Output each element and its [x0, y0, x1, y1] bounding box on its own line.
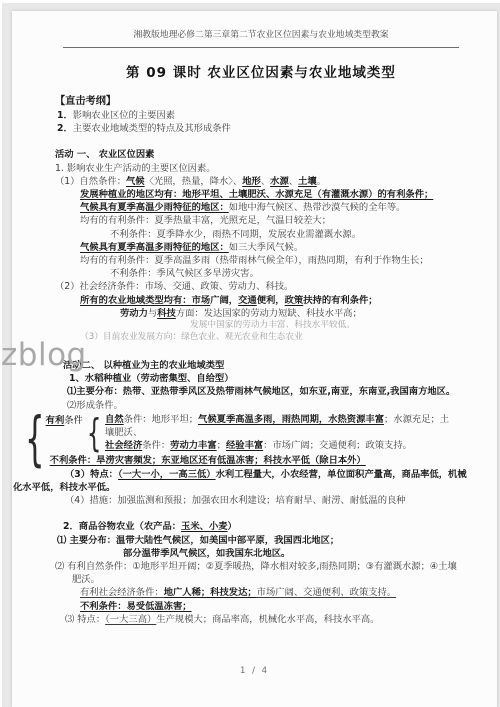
- doc-line: 发展中国家的劳动力丰富、科技水平较低。: [190, 320, 467, 332]
- doc-line: （4）措施：加强监测和预报；加强农田水利建设；培育耐旱、耐涝、耐低温的良种: [65, 494, 467, 507]
- text-segment: ）: [228, 521, 237, 532]
- text-segment: 不利条件：易受低温冻害；: [80, 601, 192, 612]
- text-segment: 均有的有利条件：夏季热量丰富，光照充足，气温日较差大；: [80, 215, 331, 226]
- text-segment: 广阔，: [210, 295, 238, 306]
- text-segment: （3）目前农业发展方向：绿色农业、观光农业和生态农业: [80, 332, 303, 342]
- text-segment: （4）措施：加强监测和预报；加强农田水利建设；培育耐旱、耐涝、耐低温的良种: [65, 495, 406, 506]
- doc-line: 劳动力与科技方面：发达国家的劳动力短缺、科技水平高；: [120, 307, 467, 320]
- text-segment: 社会经济: [105, 440, 142, 451]
- doc-line: 2．商品谷物农业（农产品：玉米、小麦）: [63, 520, 467, 533]
- text-segment: 便利，: [257, 295, 285, 306]
- text-segment: 【直击考纲】: [55, 96, 116, 107]
- text-segment: 温带大陆性气候区，如美国中部平原，我国西北地区；: [116, 535, 339, 546]
- text-segment: 政策: [285, 295, 304, 306]
- text-segment: ⑶ 特点：: [65, 614, 105, 625]
- doc-line: （3）特点：（一大一小，一高三低）水利工程量大，小农经营，单位面积产量高，商品率…: [13, 468, 467, 494]
- text-segment: （1）自然条件：: [55, 176, 126, 187]
- text-segment: 如地中海气候区、热带沙漠气候的全年等。: [229, 202, 406, 213]
- page-number: 1 / 4: [12, 666, 497, 676]
- text-segment: 如三大季风气候。: [229, 242, 303, 253]
- text-segment: 发展中国家的劳动力丰富、科技水平较低。: [190, 320, 355, 330]
- doc-line: 不利条件：季风气候区多旱涝灾害。: [110, 267, 467, 280]
- text-segment: 〈光照，热量，降水〉、: [145, 176, 243, 187]
- text-segment: 活动 一、 农业区位因素: [55, 149, 154, 160]
- text-segment: 、: [289, 176, 298, 187]
- text-segment: （3）特点：: [65, 469, 118, 480]
- brace-content: 有利条件{自然条件：地形平坦；气候夏季高温多雨，雨热同期，水热资源丰富；水源充足…: [46, 413, 467, 467]
- text-segment: （2）社会经济条件：市场、交通、政策、劳动力、科技。: [55, 281, 293, 292]
- text-segment: 条件：: [142, 440, 170, 451]
- text-segment: （一大一小，一高三低）: [118, 469, 216, 480]
- text-segment: ⑴ 主要分布：: [57, 535, 116, 546]
- text-segment: 、: [261, 176, 270, 187]
- text-segment: 有利社会经济条件：: [80, 587, 164, 598]
- text-segment: 市场: [192, 295, 211, 306]
- doc-line: 【直击考纲】: [55, 95, 467, 109]
- page-title: 第 09 课时 农业区位因素与农业地域类型: [55, 65, 467, 82]
- text-segment: 热带、亚热带季风区及热带雨林气候地区，如东亚,南亚，东南亚,我国南方地区。: [123, 386, 455, 397]
- text-segment: 经验丰富: [226, 440, 263, 451]
- text-segment: 气候: [126, 176, 145, 187]
- doc-line: ⑴ 主要分布：温带大陆性气候区，如美国中部平原，我国西北地区；: [57, 534, 467, 547]
- text-segment: 1、水稻种植业（劳动密集型、自给型）: [69, 373, 234, 384]
- text-segment: 旱涝灾害频发；东亚地区还有低温冻害；科技水平低（除日本外）: [96, 455, 366, 466]
- doc-line: 1. 影响农业生产活动的主要区位因素。: [55, 162, 467, 175]
- doc-line: 有利社会经济条件：地广人稀；科技发达；市场广阔、交通便利、政策支持。: [80, 586, 467, 599]
- doc-line: （3）目前农业发展方向：绿色农业、观光农业和生态农业: [80, 332, 467, 344]
- inner-condition-lines: 自然条件：地形平坦；气候夏季高温多雨，雨热同期，水热资源丰富；水源充足；土壤肥沃…: [105, 413, 457, 453]
- doc-line: （2）社会经济条件：市场、交通、政策、劳动力、科技。: [55, 280, 467, 293]
- text-segment: 方面：发达国家的劳动力短缺、科技水平高；: [176, 308, 362, 319]
- favorable-conditions-row: 有利条件{自然条件：地形平坦；气候夏季高温多雨，雨热同期，水热资源丰富；水源充足…: [46, 413, 467, 453]
- text-segment: 气候具有夏季高温少雨特征的地区：: [80, 202, 229, 213]
- text-segment: 影响农业区位的主要因素: [73, 110, 175, 121]
- text-segment: 。: [317, 176, 326, 187]
- text-segment: 地形: [242, 176, 261, 187]
- text-segment: ；: [217, 440, 226, 451]
- doc-line: 1．影响农业区位的主要因素: [57, 109, 467, 122]
- text-segment: 2．商品谷物农业（农产品：: [63, 521, 181, 532]
- doc-line: 发展种植业的地区均有：地形平坦、土壤肥沃、水源充足（有灌溉水源）的有利条件；: [80, 188, 467, 201]
- text-segment: 劳动力丰富: [170, 440, 217, 451]
- text-segment: 地广人稀；科技发达；: [164, 587, 257, 598]
- text-segment: 与: [148, 308, 157, 319]
- doc-line: 均有的有利条件：夏季热量丰富，光照充足，气温日较差大；: [80, 214, 467, 227]
- text-segment: ⑵ 有利自然条件：①地形平坦开阔；②夏季暖热，降水相对较多,雨热同期；③有灌溉水…: [55, 561, 457, 585]
- text-segment: 条件: [64, 415, 83, 426]
- text-segment: 交通: [238, 295, 257, 306]
- doc-line: 不利条件：易受低温冻害；: [80, 600, 467, 613]
- text-segment: 活动二、 以种植业为主的农业地域类型: [63, 360, 224, 371]
- text-segment: 科技: [157, 308, 176, 319]
- doc-line: ⑴主要分布：热带、亚热带季风区及热带雨林气候地区，如东亚,南亚，东南亚,我国南方…: [67, 385, 467, 398]
- text-segment: （一大三高）: [105, 614, 156, 625]
- text-segment: 市场广阔、交通便利、政策支持。: [257, 587, 396, 598]
- text-segment: ：市场广阔；交通便利；政策支持。: [263, 440, 412, 451]
- doc-line: 部分温带季风气候区，如我国东北地区。: [123, 547, 467, 560]
- text-segment: 所有的农业地域类型均有：: [80, 295, 192, 306]
- document-body: 【直击考纲】1．影响农业区位的主要因素2．主要农业地域类型的特点及其形成条件活动…: [55, 95, 467, 626]
- doc-line: ⑵ 有利自然条件：①地形平坦开阔；②夏季暖热，降水相对较多,雨热同期；③有灌溉水…: [72, 560, 457, 586]
- text-segment: 有利: [46, 415, 65, 426]
- zblog-watermark: zblog: [1, 336, 87, 374]
- conditions-brace-block: {有利条件{自然条件：地形平坦；气候夏季高温多雨，雨热同期，水热资源丰富；水源充…: [17, 412, 467, 468]
- document-header-title: 湘教版地理必修二第三章第二节农业区位因素与农业地域类型教案: [63, 27, 459, 48]
- text-segment: 1. 影响农业生产活动的主要区位因素。: [55, 163, 216, 174]
- doc-line: 社会经济条件：劳动力丰富；经验丰富：市场广阔；交通便利；政策支持。: [105, 439, 457, 452]
- text-segment: 水源: [270, 176, 289, 187]
- text-segment: 2．: [57, 123, 73, 134]
- doc-line: 自然条件：地形平坦；气候夏季高温多雨，雨热同期，水热资源丰富；水源充足；土壤肥沃…: [105, 413, 457, 439]
- text-segment: 气候具有夏季高温多雨特征的地区：: [80, 242, 229, 253]
- text-segment: 玉米、小麦: [181, 521, 228, 532]
- text-segment: 部分温带季风气候区，如我国东北地区。: [123, 548, 290, 559]
- favorable-label: 有利条件: [46, 413, 83, 427]
- doc-line: 气候具有夏季高温多雨特征的地区：如三大季风气候。: [80, 241, 467, 254]
- doc-line: ⑵形成条件。: [67, 399, 467, 412]
- doc-line: 气候具有夏季高温少雨特征的地区：如地中海气候区、热带沙漠气候的全年等。: [80, 201, 467, 214]
- text-segment: 土壤: [298, 176, 317, 187]
- text-segment: 不利条件：夏季降水少，雨热不同期，发展农业需灌溉水源。: [110, 229, 361, 240]
- unfavorable-conditions-line: 不利条件：旱涝灾害频发；东亚地区还有低温冻害；科技水平低（除日本外）: [50, 454, 467, 467]
- doc-line: 不利条件：夏季降水少，雨热不同期，发展农业需灌溉水源。: [110, 228, 467, 241]
- text-segment: 生产规模大；商品率高，机械化水平高，科技水平高。: [156, 614, 379, 625]
- text-segment: 1．: [57, 110, 73, 121]
- outer-brace: {: [25, 410, 45, 469]
- text-segment: ⑴主要分布：: [67, 386, 123, 397]
- text-segment: 发展种植业的地区均有：地形平坦、土壤肥沃、水源充足（有灌溉水源）的有利条件；: [80, 189, 433, 200]
- text-segment: ⑵形成条件。: [67, 400, 123, 411]
- doc-line: ⑶ 特点：（一大三高）生产规模大；商品率高，机械化水平高，科技水平高。: [65, 613, 467, 626]
- text-segment: 条件：地形平坦；: [124, 414, 198, 425]
- text-segment: 不利条件：: [50, 455, 97, 466]
- doc-line: 活动 一、 农业区位因素: [55, 148, 467, 161]
- text-segment: 扶持的有利条件；: [303, 295, 377, 306]
- doc-line: 均有的有利条件：夏季高温多雨（热带雨林气候全年），雨热同期，有利于作物生长；: [80, 254, 467, 267]
- text-segment: 主要农业地域类型的特点及其形成条件: [73, 123, 231, 134]
- text-segment: 自然: [105, 414, 124, 425]
- doc-line: 2．主要农业地域类型的特点及其形成条件: [57, 122, 467, 135]
- doc-line: 所有的农业地域类型均有：市场广阔，交通便利，政策扶持的有利条件；: [80, 294, 467, 307]
- doc-line: 活动二、 以种植业为主的农业地域类型: [63, 359, 467, 372]
- doc-line: 1、水稻种植业（劳动密集型、自给型）: [69, 372, 467, 385]
- text-segment: 气候夏季高温多雨，雨热同期，水热资源丰富: [198, 414, 384, 425]
- text-segment: 均有的有利条件：夏季高温多雨（热带雨林气候全年），雨热同期，有利于作物生长；: [80, 255, 429, 266]
- text-segment: 劳动力: [120, 308, 148, 319]
- inner-brace: {: [87, 414, 102, 452]
- doc-line: （1）自然条件：气候〈光照，热量，降水〉、地形、水源、土壤。: [55, 175, 467, 188]
- text-segment: 不利条件：季风气候区多旱涝灾害。: [110, 268, 259, 279]
